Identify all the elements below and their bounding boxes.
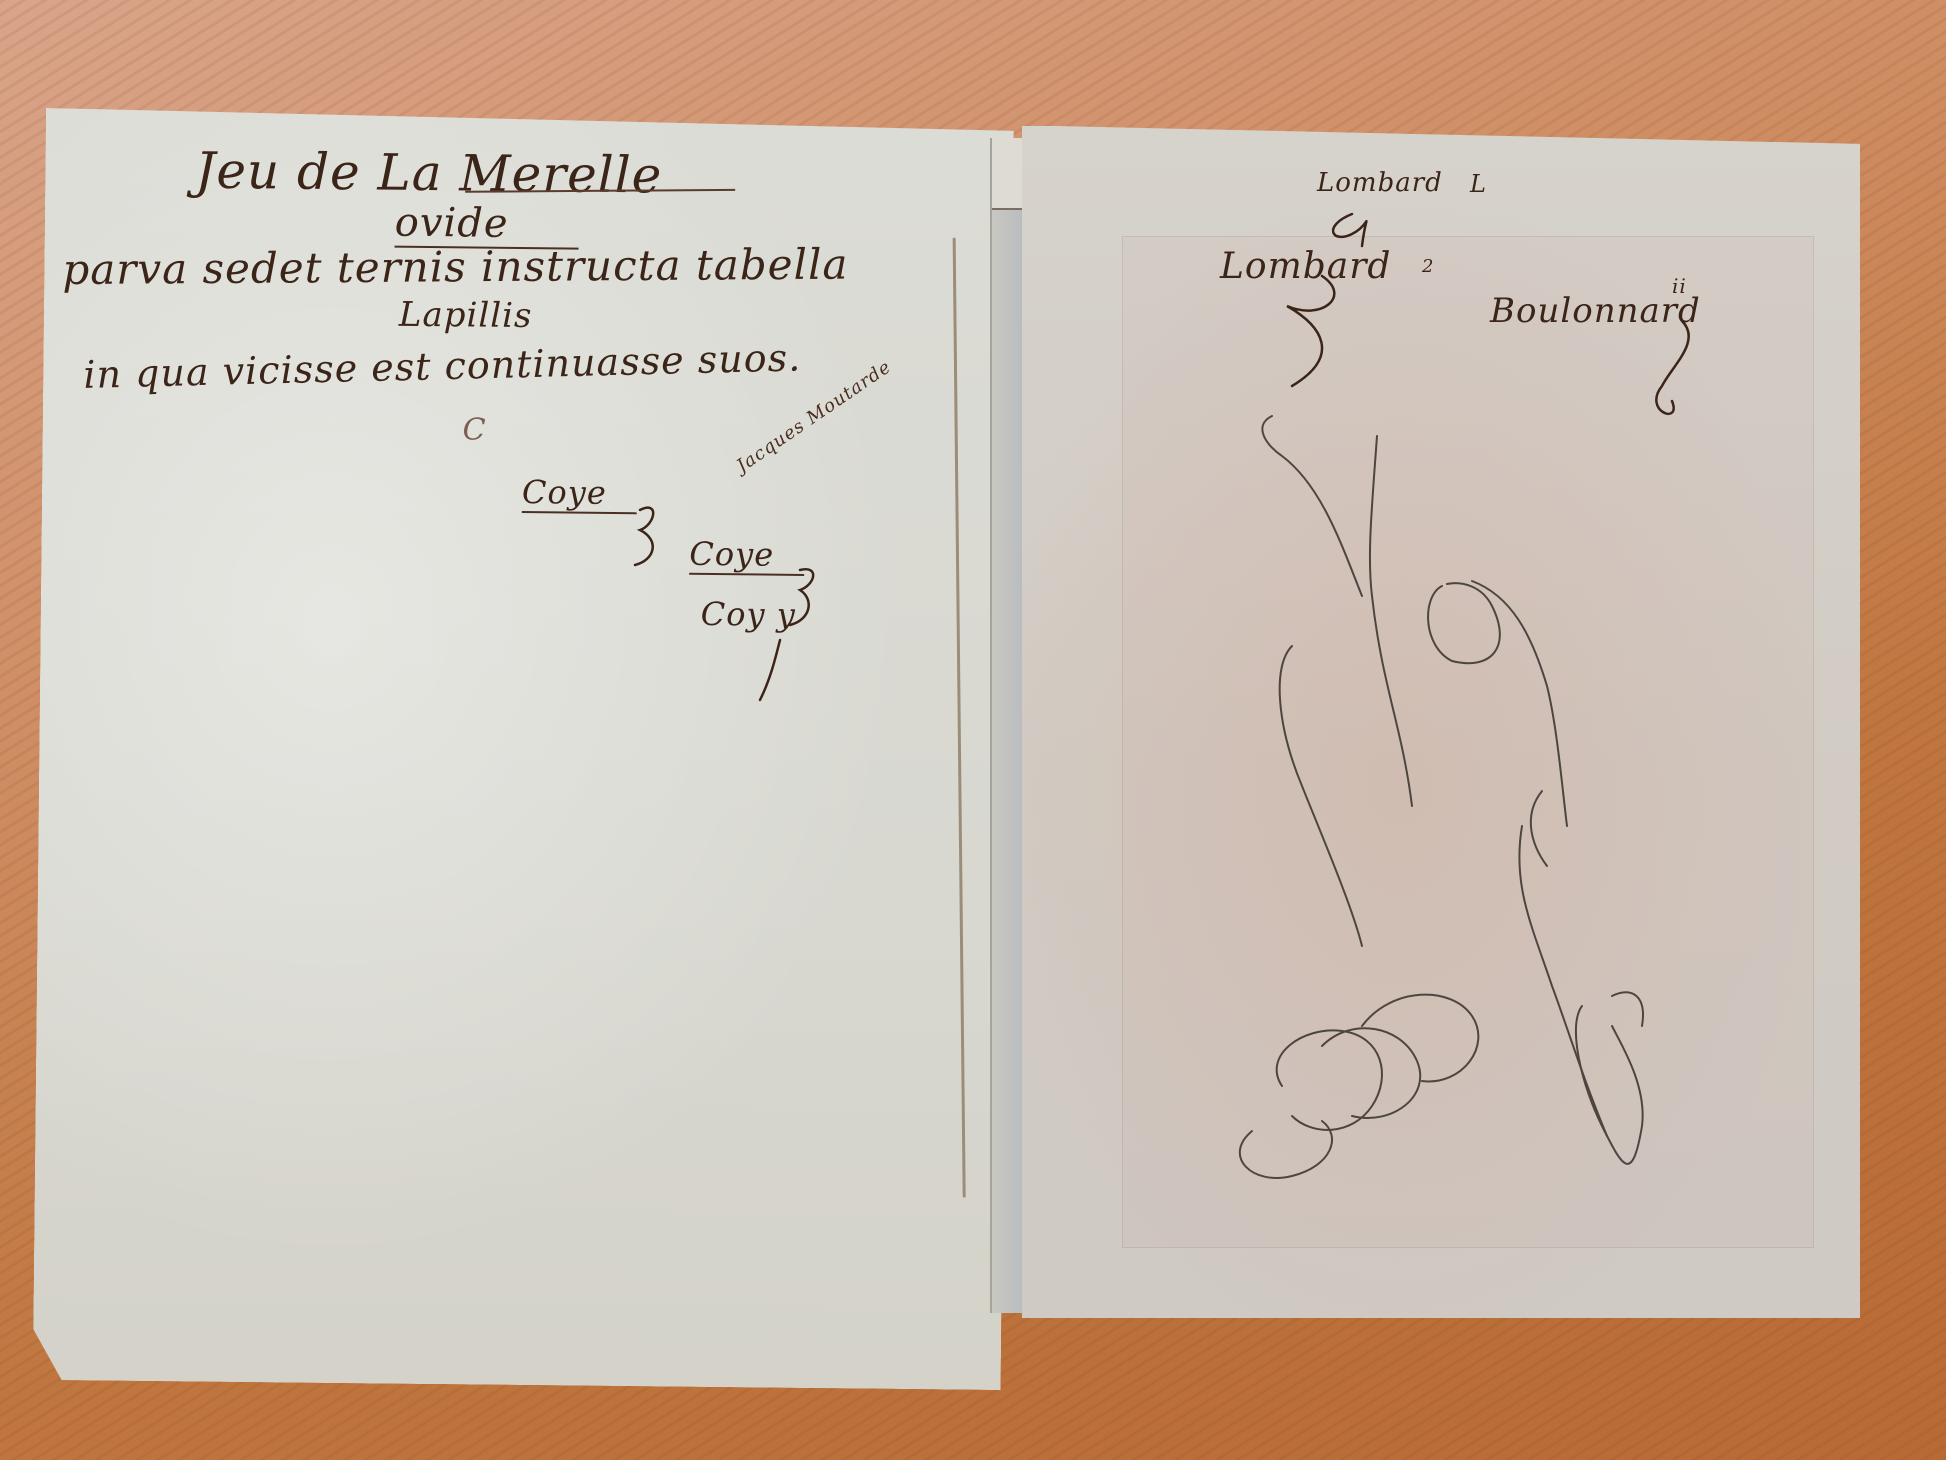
- signature-flourishes: [0, 0, 1946, 1460]
